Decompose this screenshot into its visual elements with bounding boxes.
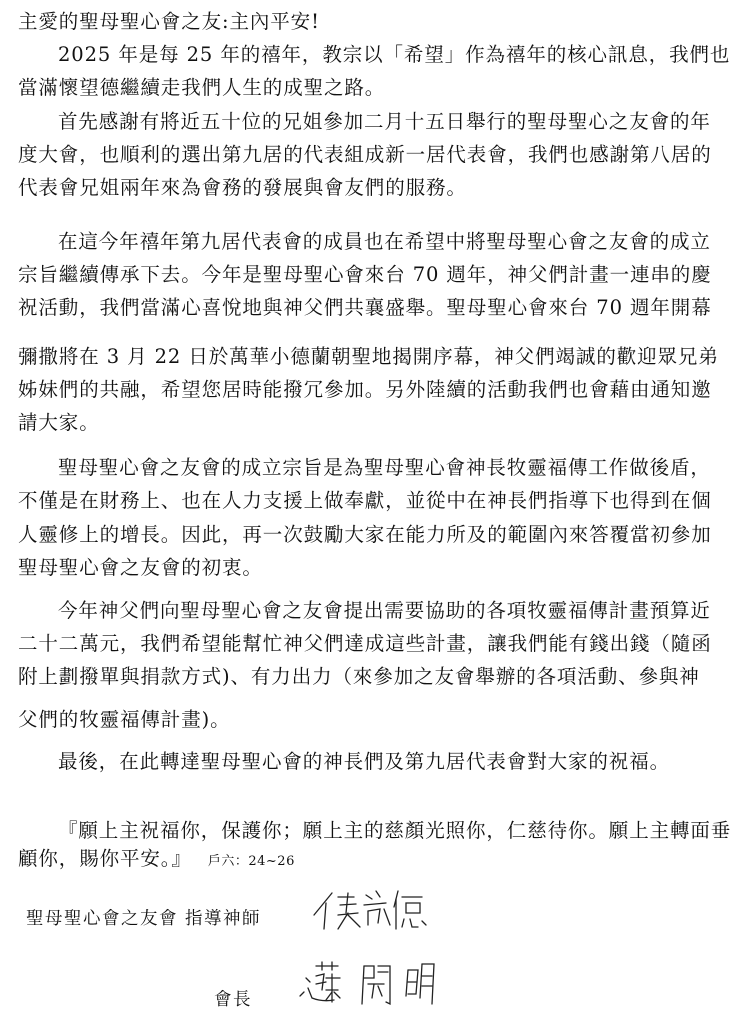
president-signature	[298, 958, 438, 1008]
paragraph-4-line-3: 人靈修上的增長。因此，再一次鼓勵大家在能力所及的範圍內來答覆當初參加	[18, 524, 718, 546]
paragraph-5-line-1: 今年神父們向聖母聖心會之友會提出需要協助的各項牧靈福傳計畫預算近	[58, 600, 733, 622]
paragraph-4-line-1: 聖母聖心會之友會的成立宗旨是為聖母聖心會神長牧靈福傳工作做後盾，	[58, 457, 733, 479]
letter-page: 主愛的聖母聖心會之友:主內平安! 2025 年是每 25 年的禧年，教宗以「希望…	[0, 0, 733, 1024]
paragraph-3-line-4: 彌撒將在 3 月 22 日於萬華小德蘭朝聖地揭開序幕，神父們竭誠的歡迎眾兄弟	[18, 346, 718, 368]
paragraph-2-line-2: 度大會，也順利的選出第九居的代表組成新一居代表會，我們也感謝第八居的	[18, 144, 718, 166]
paragraph-5-line-4: 父們的牧靈福傳計畫)。	[18, 709, 718, 731]
blessing-line-2: 顧你，賜你平安。』戶六：24~26	[18, 848, 718, 873]
paragraph-3-line-5: 姊妹們的共融，希望您居時能撥冗參加。另外陸續的活動我們也會藉由通知邀	[18, 379, 718, 401]
blessing-line-1: 『願上主祝福你，保護你；願上主的慈顏光照你，仁慈待你。願上主轉面垂	[58, 820, 733, 842]
paragraph-1-line-2: 當滿懷望德繼續走我們人生的成聖之路。	[18, 77, 718, 99]
scripture-reference: 戶六：24~26	[208, 854, 295, 869]
paragraph-2-line-1: 首先感謝有將近五十位的兄姐參加二月十五日舉行的聖母聖心之友會的年	[58, 111, 733, 133]
blessing-text: 顧你，賜你平安。』	[18, 847, 192, 870]
spiritual-director-label: 聖母聖心會之友會 指導神師	[26, 905, 261, 930]
closing-paragraph: 最後，在此轉達聖母聖心會的神長們及第九居代表會對大家的祝福。	[58, 751, 733, 773]
paragraph-3-line-1: 在這今年禧年第九居代表會的成員也在希望中將聖母聖心會之友會的成立	[58, 231, 733, 253]
president-label: 會長	[214, 986, 252, 1011]
paragraph-1-line-1: 2025 年是每 25 年的禧年，教宗以「希望」作為禧年的核心訊息，我們也	[58, 44, 733, 66]
paragraph-4-line-4: 聖母聖心會之友會的初衷。	[18, 557, 718, 579]
paragraph-3-line-6: 請大家。	[18, 412, 718, 434]
paragraph-4-line-2: 不僅是在財務上、也在人力支援上做奉獻，並從中在神長們指導下也得到在個	[18, 490, 718, 512]
paragraph-5-line-3: 附上劃撥單與捐款方式)、有力出力（來參加之友會舉辦的各項活動、參與神	[18, 666, 718, 688]
greeting: 主愛的聖母聖心會之友:主內平安!	[18, 11, 718, 33]
paragraph-2-line-3: 代表會兄姐兩年來為會務的發展與會友們的服務。	[18, 177, 718, 199]
paragraph-3-line-3: 祝活動，我們當滿心喜悅地與神父們共襄盛舉。聖母聖心會來台 70 週年開幕	[18, 297, 718, 319]
paragraph-3-line-2: 宗旨繼續傳承下去。今年是聖母聖心會來台 70 週年，神父們計畫一連串的慶	[18, 264, 718, 286]
spiritual-director-signature	[310, 885, 430, 935]
paragraph-5-line-2: 二十二萬元，我們希望能幫忙神父們達成這些計畫，讓我們能有錢出錢（隨函	[18, 633, 718, 655]
